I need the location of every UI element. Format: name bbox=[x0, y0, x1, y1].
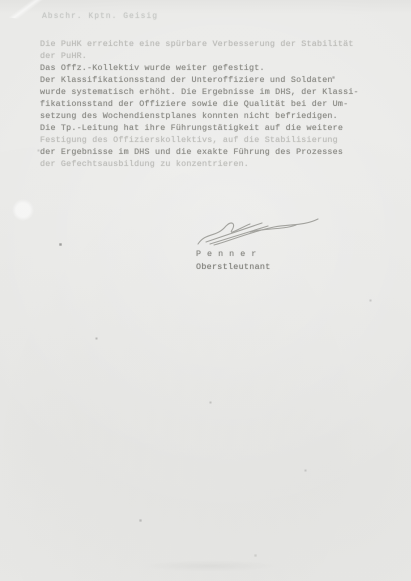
body-line: setzung des Wochendienstplanes konnten n… bbox=[40, 110, 370, 122]
body-line: Der Klassifikationsstand der Unteroffizi… bbox=[40, 74, 370, 86]
body-line: Das Offz.-Kollektiv wurde weiter gefesti… bbox=[40, 62, 370, 74]
body-line: der Ergebnisse im DHS und die exakte Füh… bbox=[40, 146, 370, 158]
body-line: Festigung des Offizierskollektivs, auf d… bbox=[40, 134, 370, 146]
handwritten-signature-icon bbox=[192, 214, 332, 248]
body-line: Die Tp.-Leitung hat ihre Führungstätigke… bbox=[40, 122, 370, 134]
body-line: wurde systematisch erhöht. Die Ergebniss… bbox=[40, 86, 370, 98]
scanned-document-page: Abschr. Kptn. Geisig Die PuHK erreichte … bbox=[0, 0, 411, 581]
faint-header-annotation-text: Abschr. Kptn. Geisig bbox=[42, 12, 158, 21]
signature-typed-name: P e n n e r bbox=[196, 249, 350, 259]
signature-rank: Oberstleutnant bbox=[196, 262, 350, 272]
body-line: Die PuHK erreichte eine spürbare Verbess… bbox=[40, 38, 370, 50]
scan-smudge bbox=[140, 560, 280, 572]
signature-block: P e n n e r Oberstleutnant bbox=[190, 214, 350, 272]
typewritten-body: Die PuHK erreichte eine spürbare Verbess… bbox=[40, 38, 370, 170]
scan-speckles bbox=[0, 0, 1, 1]
body-line: der PuHR. bbox=[40, 50, 370, 62]
body-line: fikationsstand der Offiziere sowie die Q… bbox=[40, 98, 370, 110]
body-line: der Gefechtsausbildung zu konzentrieren. bbox=[40, 158, 370, 170]
